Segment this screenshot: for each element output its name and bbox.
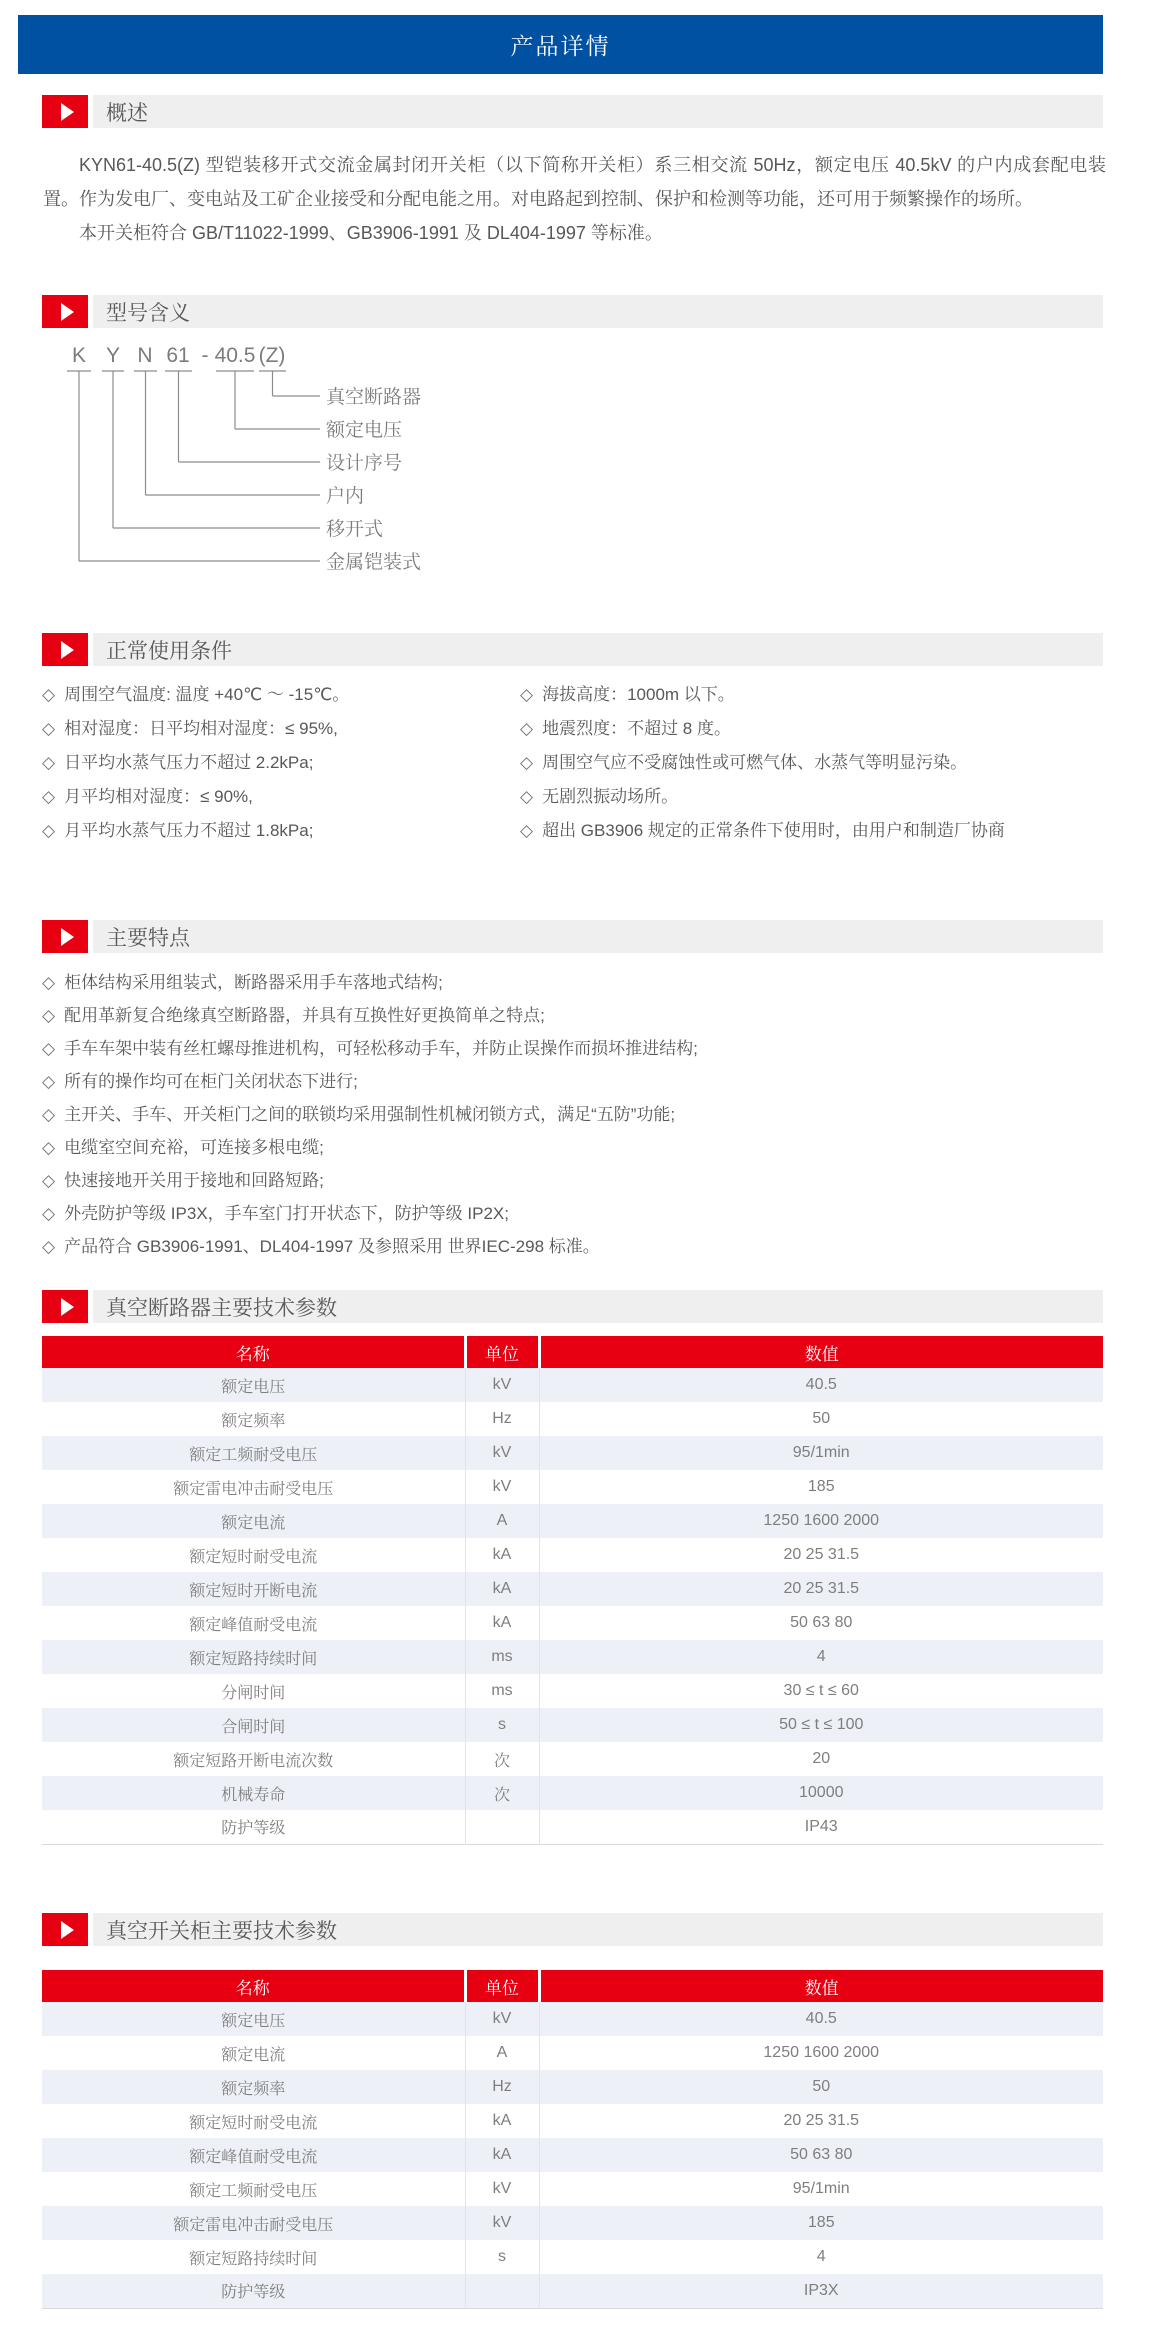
param-unit: A: [465, 2036, 539, 2070]
model-label: 额定电压: [326, 419, 402, 441]
param-name: 额定电流: [42, 1504, 465, 1538]
param-value: 20 25 31.5: [539, 1538, 1103, 1572]
section-title-features: 主要特点: [93, 920, 1103, 953]
table-row: 合闸时间 s 50 ≤ t ≤ 100: [42, 1708, 1103, 1742]
param-value: 1250 1600 2000: [539, 2036, 1103, 2070]
diamond-bullet-icon: ◇: [42, 1138, 55, 1157]
section-header-cabinet-params: 真空开关柜主要技术参数: [42, 1913, 1103, 1946]
list-item: ◇手车车架中装有丝杠螺母推进机构，可轻松移动手车，并防止误操作而损坏推进结构;: [42, 1032, 1106, 1065]
param-unit: kV: [465, 1368, 539, 1402]
param-unit: kV: [465, 1470, 539, 1504]
table-row: 额定峰值耐受电流 kA 50 63 80: [42, 2138, 1103, 2172]
param-name: 额定工频耐受电压: [42, 2172, 465, 2206]
diamond-bullet-icon: ◇: [520, 685, 533, 704]
param-name: 额定短路开断电流次数: [42, 1742, 465, 1776]
param-name: 防护等级: [42, 1810, 465, 1844]
condition-text: 相对湿度：日平均相对湿度：≤ 95%,: [64, 719, 338, 738]
model-part: 40.5: [215, 344, 256, 367]
list-item: ◇产品符合 GB3906-1991、DL404-1997 及参照采用 世界IEC…: [42, 1230, 1106, 1263]
param-name: 分闸时间: [42, 1674, 465, 1708]
param-value: 95/1min: [539, 1436, 1103, 1470]
diamond-bullet-icon: ◇: [42, 1237, 55, 1256]
diamond-bullet-icon: ◇: [42, 719, 55, 738]
list-item: ◇所有的操作均可在柜门关闭状态下进行;: [42, 1065, 1106, 1098]
table-row: 额定短时耐受电流 kA 20 25 31.5: [42, 1538, 1103, 1572]
condition-text: 日平均水蒸气压力不超过 2.2kPa;: [64, 753, 313, 772]
condition-text: 月平均相对湿度：≤ 90%,: [64, 787, 253, 806]
param-value: IP3X: [539, 2274, 1103, 2308]
features-list: ◇柜体结构采用组装式，断路器采用手车落地式结构; ◇配用革新复合绝缘真空断路器，…: [42, 966, 1106, 1263]
param-unit: kV: [465, 2206, 539, 2240]
section-title-conditions: 正常使用条件: [93, 633, 1103, 666]
col-header-name: 名称: [42, 1336, 465, 1368]
param-value: 4: [539, 1640, 1103, 1674]
diamond-bullet-icon: ◇: [520, 821, 533, 840]
list-item: ◇周围空气应不受腐蚀性或可燃气体、水蒸气等明显污染。: [520, 746, 1106, 780]
table-row: 额定短时耐受电流 kA 20 25 31.5: [42, 2104, 1103, 2138]
param-unit: Hz: [465, 1402, 539, 1436]
table-row: 分闸时间 ms 30 ≤ t ≤ 60: [42, 1674, 1103, 1708]
section-title-overview: 概述: [93, 95, 1103, 128]
conditions-right-column: ◇海拔高度：1000m 以下。 ◇地震烈度：不超过 8 度。 ◇周围空气应不受腐…: [520, 678, 1106, 848]
section-title-model: 型号含义: [93, 295, 1103, 328]
table-row: 额定短路持续时间 ms 4: [42, 1640, 1103, 1674]
play-arrow-icon: [42, 1290, 88, 1323]
param-value: 10000: [539, 1776, 1103, 1810]
model-label: 移开式: [326, 518, 383, 540]
model-part: N: [137, 344, 152, 367]
section-header-conditions: 正常使用条件: [42, 633, 1103, 666]
section-header-breaker-params: 真空断路器主要技术参数: [42, 1290, 1103, 1323]
feature-text: 外壳防护等级 IP3X，手车室门打开状态下，防护等级 IP2X;: [64, 1204, 509, 1223]
page-title-bar: 产品详情: [18, 15, 1103, 74]
param-unit: [465, 1810, 539, 1844]
param-name: 额定电压: [42, 2002, 465, 2036]
feature-text: 柜体结构采用组装式，断路器采用手车落地式结构;: [64, 973, 443, 992]
param-unit: [465, 2274, 539, 2308]
param-name: 额定频率: [42, 1402, 465, 1436]
param-unit: s: [465, 2240, 539, 2274]
param-name: 额定短时开断电流: [42, 1572, 465, 1606]
param-value: 50 63 80: [539, 2138, 1103, 2172]
cabinet-params-table: 名称 单位 数值 额定电压 kV 40.5 额定电流 A 1250 1600 2…: [42, 1970, 1103, 2309]
param-unit: s: [465, 1708, 539, 1742]
param-name: 额定电流: [42, 2036, 465, 2070]
model-part: Y: [106, 344, 120, 367]
model-meaning-diagram: K Y N 61 - 40.5 (Z) 真空断路器 额定电压 设计序号 户内 移…: [30, 338, 630, 578]
param-name: 合闸时间: [42, 1708, 465, 1742]
table-row: 额定雷电冲击耐受电压 kV 185: [42, 2206, 1103, 2240]
table-row: 机械寿命 次 10000: [42, 1776, 1103, 1810]
param-unit: kA: [465, 2138, 539, 2172]
diamond-bullet-icon: ◇: [42, 1006, 55, 1025]
conditions-list: ◇周围空气温度: 温度 +40℃ ～ -15℃。 ◇相对湿度：日平均相对湿度：≤…: [42, 678, 1106, 848]
list-item: ◇月平均相对湿度：≤ 90%,: [42, 780, 520, 814]
table-row: 额定短路开断电流次数 次 20: [42, 1742, 1103, 1776]
breaker-params-table: 名称 单位 数值 额定电压 kV 40.5 额定频率 Hz 50: [42, 1336, 1103, 1845]
model-part: (Z): [259, 344, 286, 367]
param-unit: A: [465, 1504, 539, 1538]
diamond-bullet-icon: ◇: [42, 753, 55, 772]
list-item: ◇月平均水蒸气压力不超过 1.8kPa;: [42, 814, 520, 848]
param-name: 机械寿命: [42, 1776, 465, 1810]
overview-text: KYN61-40.5(Z) 型铠装移开式交流金属封闭开关柜（以下简称开关柜）系三…: [43, 148, 1106, 250]
param-value: IP43: [539, 1810, 1103, 1844]
list-item: ◇快速接地开关用于接地和回路短路;: [42, 1164, 1106, 1197]
param-unit: ms: [465, 1674, 539, 1708]
param-name: 额定峰值耐受电流: [42, 2138, 465, 2172]
diamond-bullet-icon: ◇: [42, 1204, 55, 1223]
param-value: 95/1min: [539, 2172, 1103, 2206]
param-unit: Hz: [465, 2070, 539, 2104]
condition-text: 周围空气温度: 温度 +40℃ ～ -15℃。: [64, 685, 349, 704]
param-name: 额定工频耐受电压: [42, 1436, 465, 1470]
table-row: 额定工频耐受电压 kV 95/1min: [42, 2172, 1103, 2206]
param-unit: kA: [465, 1572, 539, 1606]
list-item: ◇外壳防护等级 IP3X，手车室门打开状态下，防护等级 IP2X;: [42, 1197, 1106, 1230]
table-header-row: 名称 单位 数值: [42, 1336, 1103, 1368]
table-row: 额定电流 A 1250 1600 2000: [42, 1504, 1103, 1538]
product-detail-page: 产品详情 概述 KYN61-40.5(Z) 型铠装移开式交流金属封闭开关柜（以下…: [0, 0, 1156, 2337]
col-header-name: 名称: [42, 1970, 465, 2002]
diamond-bullet-icon: ◇: [520, 719, 533, 738]
col-header-value: 数值: [539, 1970, 1103, 2002]
param-value: 1250 1600 2000: [539, 1504, 1103, 1538]
overview-paragraph: KYN61-40.5(Z) 型铠装移开式交流金属封闭开关柜（以下简称开关柜）系三…: [43, 148, 1106, 216]
diamond-bullet-icon: ◇: [520, 787, 533, 806]
diamond-bullet-icon: ◇: [520, 753, 533, 772]
table-header-row: 名称 单位 数值: [42, 1970, 1103, 2002]
param-unit: kV: [465, 2172, 539, 2206]
diamond-bullet-icon: ◇: [42, 821, 55, 840]
list-item: ◇地震烈度：不超过 8 度。: [520, 712, 1106, 746]
param-value: 50 63 80: [539, 1606, 1103, 1640]
table-row: 防护等级 IP3X: [42, 2274, 1103, 2308]
diamond-bullet-icon: ◇: [42, 973, 55, 992]
feature-text: 电缆室空间充裕，可连接多根电缆;: [64, 1138, 324, 1157]
model-part: -: [202, 344, 209, 367]
feature-text: 快速接地开关用于接地和回路短路;: [64, 1171, 324, 1190]
diamond-bullet-icon: ◇: [42, 1072, 55, 1091]
param-unit: kV: [465, 1436, 539, 1470]
list-item: ◇主开关、手车、开关柜门之间的联锁均采用强制性机械闭锁方式，满足“五防”功能;: [42, 1098, 1106, 1131]
param-unit: kA: [465, 1538, 539, 1572]
param-value: 185: [539, 1470, 1103, 1504]
list-item: ◇海拔高度：1000m 以下。: [520, 678, 1106, 712]
param-value: 50 ≤ t ≤ 100: [539, 1708, 1103, 1742]
table-row: 额定工频耐受电压 kV 95/1min: [42, 1436, 1103, 1470]
condition-text: 月平均水蒸气压力不超过 1.8kPa;: [64, 821, 313, 840]
param-name: 额定频率: [42, 2070, 465, 2104]
param-name: 防护等级: [42, 2274, 465, 2308]
play-arrow-icon: [42, 295, 88, 328]
section-header-model: 型号含义: [42, 295, 1103, 328]
play-arrow-icon: [42, 633, 88, 666]
condition-text: 地震烈度：不超过 8 度。: [542, 719, 731, 738]
conditions-left-column: ◇周围空气温度: 温度 +40℃ ～ -15℃。 ◇相对湿度：日平均相对湿度：≤…: [42, 678, 520, 848]
play-arrow-icon: [42, 95, 88, 128]
condition-text: 无剧烈振动场所。: [542, 787, 678, 806]
table-row: 额定峰值耐受电流 kA 50 63 80: [42, 1606, 1103, 1640]
play-arrow-icon: [42, 920, 88, 953]
section-header-features: 主要特点: [42, 920, 1103, 953]
model-label: 户内: [326, 485, 364, 507]
list-item: ◇配用革新复合绝缘真空断路器，并具有互换性好更换简单之特点;: [42, 999, 1106, 1032]
list-item: ◇无剧烈振动场所。: [520, 780, 1106, 814]
overview-paragraph: 本开关柜符合 GB/T11022-1999、GB3906-1991 及 DL40…: [43, 216, 1106, 250]
play-arrow-icon: [42, 1913, 88, 1946]
feature-text: 手车车架中装有丝杠螺母推进机构，可轻松移动手车，并防止误操作而损坏推进结构;: [64, 1039, 698, 1058]
condition-text: 周围空气应不受腐蚀性或可燃气体、水蒸气等明显污染。: [542, 753, 967, 772]
param-unit: kV: [465, 2002, 539, 2036]
model-part: K: [72, 344, 86, 367]
param-unit: 次: [465, 1742, 539, 1776]
table-row: 额定电压 kV 40.5: [42, 1368, 1103, 1402]
model-label: 金属铠装式: [326, 551, 421, 573]
col-header-unit: 单位: [465, 1970, 539, 2002]
table-row: 额定电压 kV 40.5: [42, 2002, 1103, 2036]
param-unit: ms: [465, 1640, 539, 1674]
param-unit: kA: [465, 1606, 539, 1640]
diamond-bullet-icon: ◇: [42, 787, 55, 806]
param-value: 50: [539, 1402, 1103, 1436]
feature-text: 产品符合 GB3906-1991、DL404-1997 及参照采用 世界IEC-…: [64, 1237, 600, 1256]
param-value: 20: [539, 1742, 1103, 1776]
feature-text: 主开关、手车、开关柜门之间的联锁均采用强制性机械闭锁方式，满足“五防”功能;: [64, 1105, 675, 1124]
list-item: ◇周围空气温度: 温度 +40℃ ～ -15℃。: [42, 678, 520, 712]
list-item: ◇柜体结构采用组装式，断路器采用手车落地式结构;: [42, 966, 1106, 999]
section-title-breaker-params: 真空断路器主要技术参数: [93, 1290, 1103, 1323]
condition-text: 超出 GB3906 规定的正常条件下使用时，由用户和制造厂协商: [542, 821, 1005, 840]
param-value: 185: [539, 2206, 1103, 2240]
table-row: 额定电流 A 1250 1600 2000: [42, 2036, 1103, 2070]
diamond-bullet-icon: ◇: [42, 685, 55, 704]
table-row: 额定频率 Hz 50: [42, 1402, 1103, 1436]
param-value: 50: [539, 2070, 1103, 2104]
page-title: 产品详情: [511, 28, 611, 61]
param-name: 额定短时耐受电流: [42, 1538, 465, 1572]
diamond-bullet-icon: ◇: [42, 1171, 55, 1190]
model-part: 61: [166, 344, 189, 367]
param-value: 20 25 31.5: [539, 1572, 1103, 1606]
table-row: 额定频率 Hz 50: [42, 2070, 1103, 2104]
feature-text: 配用革新复合绝缘真空断路器，并具有互换性好更换简单之特点;: [64, 1006, 545, 1025]
table-row: 额定雷电冲击耐受电压 kV 185: [42, 1470, 1103, 1504]
model-label: 真空断路器: [326, 386, 421, 408]
param-value: 40.5: [539, 2002, 1103, 2036]
param-name: 额定雷电冲击耐受电压: [42, 2206, 465, 2240]
table-row: 防护等级 IP43: [42, 1810, 1103, 1844]
param-value: 40.5: [539, 1368, 1103, 1402]
condition-text: 海拔高度：1000m 以下。: [542, 685, 735, 704]
list-item: ◇相对湿度：日平均相对湿度：≤ 95%,: [42, 712, 520, 746]
param-name: 额定雷电冲击耐受电压: [42, 1470, 465, 1504]
col-header-value: 数值: [539, 1336, 1103, 1368]
param-value: 30 ≤ t ≤ 60: [539, 1674, 1103, 1708]
section-header-overview: 概述: [42, 95, 1103, 128]
table-row: 额定短路持续时间 s 4: [42, 2240, 1103, 2274]
param-name: 额定电压: [42, 1368, 465, 1402]
param-name: 额定短路持续时间: [42, 2240, 465, 2274]
col-header-unit: 单位: [465, 1336, 539, 1368]
feature-text: 所有的操作均可在柜门关闭状态下进行;: [64, 1072, 358, 1091]
param-unit: 次: [465, 1776, 539, 1810]
param-name: 额定短路持续时间: [42, 1640, 465, 1674]
list-item: ◇电缆室空间充裕，可连接多根电缆;: [42, 1131, 1106, 1164]
table-row: 额定短时开断电流 kA 20 25 31.5: [42, 1572, 1103, 1606]
list-item: ◇日平均水蒸气压力不超过 2.2kPa;: [42, 746, 520, 780]
model-label: 设计序号: [326, 452, 402, 474]
param-value: 4: [539, 2240, 1103, 2274]
param-value: 20 25 31.5: [539, 2104, 1103, 2138]
list-item: ◇超出 GB3906 规定的正常条件下使用时，由用户和制造厂协商: [520, 814, 1106, 848]
param-unit: kA: [465, 2104, 539, 2138]
param-name: 额定峰值耐受电流: [42, 1606, 465, 1640]
diamond-bullet-icon: ◇: [42, 1039, 55, 1058]
param-name: 额定短时耐受电流: [42, 2104, 465, 2138]
section-title-cabinet-params: 真空开关柜主要技术参数: [93, 1913, 1103, 1946]
diamond-bullet-icon: ◇: [42, 1105, 55, 1124]
